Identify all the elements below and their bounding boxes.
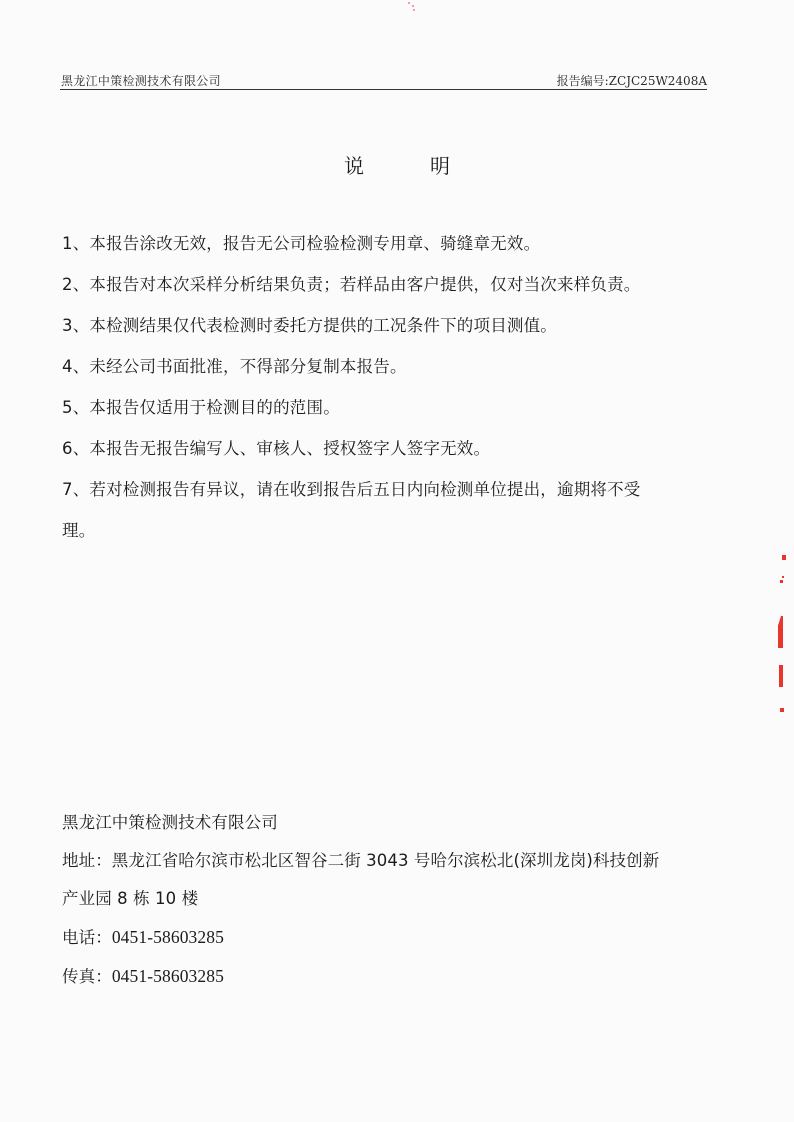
seam-stamp-fragment	[776, 540, 790, 720]
header-company-name: 黑龙江中策检测技术有限公司	[61, 72, 221, 89]
note-item-1: 1、本报告涂改无效，报告无公司检验检测专用章、骑缝章无效。	[62, 234, 722, 254]
footer-phone: 电话：0451-58603285	[62, 927, 722, 948]
report-number-value: ZCJC25W2408A	[609, 74, 707, 88]
note-item-7: 7、若对检测报告有异议，请在收到报告后五日内向检测单位提出，逾期将不受	[62, 480, 722, 500]
scan-specks	[408, 2, 416, 12]
phone-number: 0451-58603285	[112, 927, 224, 947]
note-item-7-continuation: 理。	[62, 511, 722, 551]
footer-company-name: 黑龙江中策检测技术有限公司	[62, 813, 722, 833]
company-contact-block: 黑龙江中策检测技术有限公司 地址：黑龙江省哈尔滨市松北区智谷二街 3043 号哈…	[62, 813, 722, 1005]
footer-fax: 传真：0451-58603285	[62, 966, 722, 987]
phone-label: 电话：	[62, 928, 112, 947]
note-item-4: 4、未经公司书面批准，不得部分复制本报告。	[62, 357, 722, 377]
footer-address-line-2: 产业园 8 栋 10 楼	[62, 880, 722, 918]
note-item-5: 5、本报告仅适用于检测目的的范围。	[62, 398, 722, 418]
report-number-label: 报告编号:	[557, 74, 609, 88]
header-report-number: 报告编号:ZCJC25W2408A	[557, 72, 707, 89]
notes-list: 1、本报告涂改无效，报告无公司检验检测专用章、骑缝章无效。 2、本报告对本次采样…	[62, 234, 722, 572]
page-title: 说明	[0, 150, 794, 179]
page-header: 黑龙江中策检测技术有限公司 报告编号:ZCJC25W2408A	[60, 70, 707, 90]
fax-number: 0451-58603285	[112, 966, 224, 986]
title-char-2: 明	[430, 150, 450, 179]
title-char-1: 说	[344, 150, 364, 179]
note-item-2: 2、本报告对本次采样分析结果负责；若样品由客户提供，仅对当次来样负责。	[62, 275, 722, 295]
footer-address-line-1: 地址：黑龙江省哈尔滨市松北区智谷二街 3043 号哈尔滨松北(深圳龙岗)科技创新	[62, 851, 722, 871]
note-item-3: 3、本检测结果仅代表检测时委托方提供的工况条件下的项目测值。	[62, 316, 722, 336]
note-item-6: 6、本报告无报告编写人、审核人、授权签字人签字无效。	[62, 439, 722, 459]
fax-label: 传真：	[62, 967, 112, 986]
